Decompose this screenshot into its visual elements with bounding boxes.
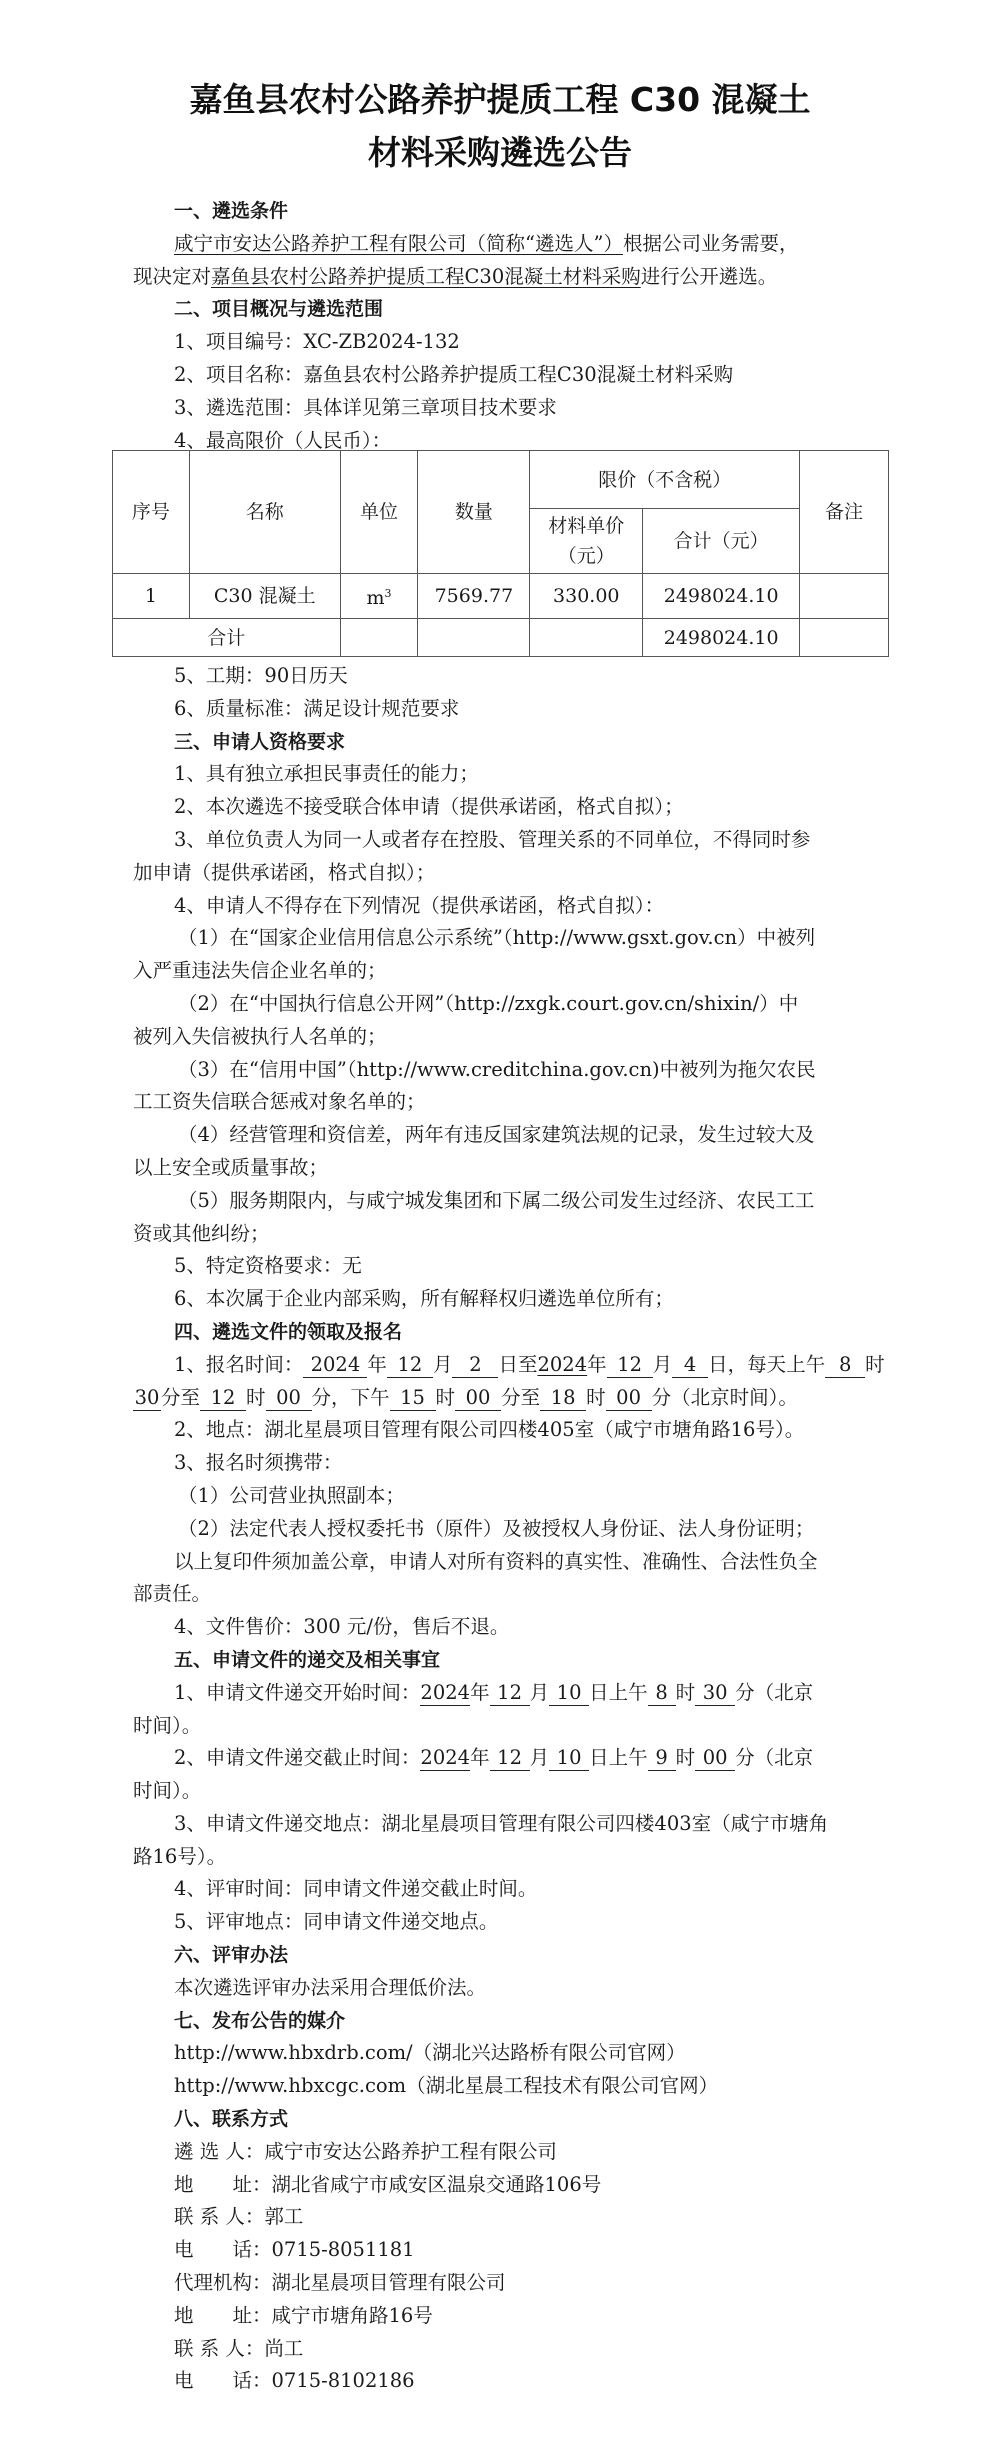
- submission-deadline-line2: 时间）。: [133, 1775, 833, 1808]
- reg-text: 分，下午: [312, 1386, 390, 1409]
- unit-superscript: 3: [385, 587, 392, 600]
- section1-paragraph-line1: 咸宁市安达公路养护工程有限公司（简称“遴选人”）根据公司业务需要，: [133, 228, 833, 261]
- deadline-text: 分（北京: [735, 1746, 813, 1769]
- reg-end-day: 4: [672, 1353, 708, 1378]
- header-unit-price: 材料单价 （元）: [530, 509, 643, 574]
- contact-value: 咸宁市塘角路16号: [272, 2304, 433, 2327]
- deadline-text: 日上午: [589, 1746, 648, 1769]
- reg-text: 时: [436, 1386, 456, 1409]
- reg-pm-end-hour: 18: [540, 1386, 586, 1411]
- submission-start-year: 2024: [420, 1681, 470, 1706]
- contact-label: 地 址：: [174, 2300, 272, 2333]
- reg-am-end-hour: 12: [200, 1386, 246, 1411]
- deadline-text: 时: [676, 1746, 696, 1769]
- section6-heading: 六、评审办法: [133, 1939, 833, 1972]
- contact-label: 地 址：: [174, 2169, 272, 2202]
- exclusion-5-line1: （5）服务期限内，与咸宁城发集团和下属二级公司发生过经济、农民工工: [133, 1185, 833, 1218]
- reg-start-day: 2: [452, 1353, 498, 1378]
- reg-end-month: 12: [607, 1353, 653, 1378]
- submission-deadline-line1: 2、申请文件递交截止时间：2024年12月10日上午9时00分（北京: [133, 1742, 833, 1775]
- reg-text: 月: [433, 1353, 453, 1376]
- media-link-hbxdrb[interactable]: http://www.hbxdrb.com/（湖北兴达路桥有限公司官网）: [133, 2037, 833, 2070]
- unit-text: m: [366, 587, 384, 609]
- cell-remark: [800, 574, 889, 619]
- material-authorization: （2）法定代表人授权委托书（原件）及被授权人身份证、法人身份证明；: [133, 1513, 833, 1546]
- quality-standard: 6、质量标准：满足设计规范要求: [133, 693, 833, 726]
- submission-location-line1: 3、申请文件递交地点：湖北星晨项目管理有限公司四楼403室（咸宁市塘角: [133, 1808, 833, 1841]
- reg-start-month: 12: [387, 1353, 433, 1378]
- submission-start-minute: 30: [695, 1681, 735, 1706]
- reg-am-start-hour: 8: [825, 1353, 865, 1378]
- header-limit-price-group: 限价（不含税）: [530, 451, 800, 509]
- exclusion-1-line2: 入严重违法失信企业名单的；: [133, 955, 833, 988]
- submission-text: 日上午: [589, 1681, 648, 1704]
- reg-am-start-minute: 30: [133, 1386, 161, 1411]
- exclusion-2-line1: （2）在“中国执行信息公开网”（http://zxgk.court.gov.cn…: [133, 988, 833, 1021]
- exclusion-3-line2: 工工资失信联合惩戒对象名单的；: [133, 1086, 833, 1119]
- total-value: 2498024.10: [643, 619, 800, 657]
- total-label: 合计: [113, 619, 341, 657]
- media-link-hbxcgc[interactable]: http://www.hbxcgc.com（湖北星晨工程技术有限公司官网）: [133, 2070, 833, 2103]
- header-unit: 单位: [340, 451, 418, 574]
- contact-value: 湖北星晨项目管理有限公司: [272, 2271, 506, 2294]
- deadline-day: 10: [549, 1746, 589, 1771]
- section1-paragraph-line2: 现决定对嘉鱼县农村公路养护提质工程C30混凝土材料采购进行公开遴选。: [133, 261, 833, 294]
- total-empty-qty: [418, 619, 530, 657]
- contact-agency-address: 地 址：咸宁市塘角路16号: [133, 2300, 833, 2333]
- submission-text: 时: [676, 1681, 696, 1704]
- stamp-note-line1: 以上复印件须加盖公章，申请人对所有资料的真实性、准确性、合法性负全: [133, 1546, 833, 1579]
- reg-end-year: 2024: [537, 1353, 587, 1376]
- submission-start-month: 12: [490, 1681, 530, 1706]
- header-name: 名称: [189, 451, 340, 574]
- exclusion-1-line1: （1）在“国家企业信用信息公示系统”（http://www.gsxt.gov.c…: [133, 922, 833, 955]
- paragraph-text: 现决定对: [133, 265, 211, 288]
- selection-scope: 3、遴选范围：具体详见第三章项目技术要求: [133, 392, 833, 425]
- header-unit-price-line1: 材料单价: [530, 511, 642, 541]
- section5-heading: 五、申请文件的递交及相关事宜: [133, 1644, 833, 1677]
- submission-text: 年: [470, 1681, 490, 1704]
- qualification-item3-line1: 3、单位负责人为同一人或者存在控股、管理关系的不同单位，不得同时参: [133, 824, 833, 857]
- submission-start-hour: 8: [648, 1681, 676, 1706]
- qualification-item5: 5、特定资格要求：无: [133, 1250, 833, 1283]
- registration-time-line1: 1、报名时间：2024年12月2日至2024年12月4日，每天上午8时: [133, 1349, 833, 1382]
- cell-seq: 1: [113, 574, 190, 619]
- reg-am-end-minute: 00: [266, 1386, 312, 1411]
- contact-label: 遴 选 人：: [174, 2136, 264, 2169]
- section1-heading: 一、遴选条件: [133, 195, 833, 228]
- project-name: 2、项目名称：嘉鱼县农村公路养护提质工程C30混凝土材料采购: [133, 359, 833, 392]
- submission-start-line2: 时间）。: [133, 1710, 833, 1743]
- reg-prefix: 1、报名时间：: [174, 1353, 303, 1376]
- submission-location-line2: 路16号）。: [133, 1841, 833, 1874]
- cell-name: C30 混凝土: [189, 574, 340, 619]
- exclusion-4-line1: （4）经营管理和资信差，两年有违反国家建筑法规的记录，发生过较大及: [133, 1119, 833, 1152]
- contact-value: 尚工: [264, 2337, 303, 2360]
- qualification-item4: 4、申请人不得存在下列情况（提供承诺函，格式自拟）：: [133, 890, 833, 923]
- reg-pm-end-minute: 00: [606, 1386, 652, 1411]
- paragraph-text: 进行公开遴选。: [641, 265, 778, 288]
- exclusion-4-line2: 以上安全或质量事故；: [133, 1152, 833, 1185]
- registration-location: 2、地点：湖北星晨项目管理有限公司四楼405室（咸宁市塘角路16号）。: [133, 1414, 833, 1447]
- reg-text: 时: [586, 1386, 606, 1409]
- total-empty-unit: [340, 619, 418, 657]
- contact-value: 0715-8102186: [272, 2369, 415, 2392]
- section7-heading: 七、发布公告的媒介: [133, 2005, 833, 2038]
- header-unit-price-line2: （元）: [530, 541, 642, 571]
- reg-text: 分至: [501, 1386, 540, 1409]
- section2-heading: 二、项目概况与遴选范围: [133, 293, 833, 326]
- header-quantity: 数量: [418, 451, 530, 574]
- contact-label: 电 话：: [174, 2234, 272, 2267]
- table-row: 1 C30 混凝土 m3 7569.77 330.00 2498024.10: [113, 574, 889, 619]
- header-remark: 备注: [800, 451, 889, 574]
- reg-text: 分至: [161, 1386, 200, 1409]
- deadline-minute: 00: [695, 1746, 735, 1771]
- contact-label: 联 系 人：: [174, 2333, 264, 2366]
- contact-value: 湖北省咸宁市咸安区温泉交通路106号: [272, 2173, 602, 2196]
- registration-materials-label: 3、报名时须携带：: [133, 1447, 833, 1480]
- exclusion-2-line2: 被列入失信被执行人名单的；: [133, 1021, 833, 1054]
- price-limit-table: 序号 名称 单位 数量 限价（不含税） 备注 材料单价 （元） 合计（元） 1 …: [112, 450, 889, 657]
- contact-value: 咸宁市安达公路养护工程有限公司: [264, 2140, 557, 2163]
- reg-text: 时: [246, 1386, 266, 1409]
- deadline-text: 月: [530, 1746, 550, 1769]
- header-total: 合计（元）: [643, 509, 800, 574]
- cell-total: 2498024.10: [643, 574, 800, 619]
- contact-value: 0715-8051181: [272, 2238, 415, 2261]
- section-after-table: 5、工期：90日历天 6、质量标准：满足设计规范要求 三、申请人资格要求 1、具…: [133, 660, 833, 2398]
- review-method: 本次遴选评审办法采用合理低价法。: [133, 1972, 833, 2005]
- reg-text: 分（北京时间）。: [652, 1386, 798, 1409]
- contact-label: 联 系 人：: [174, 2201, 264, 2234]
- contact-value: 郭工: [264, 2205, 303, 2228]
- submission-start-line1: 1、申请文件递交开始时间：2024年12月10日上午8时30分（北京: [133, 1677, 833, 1710]
- submission-text: 月: [530, 1681, 550, 1704]
- reg-text: 日至: [498, 1353, 537, 1376]
- section3-heading: 三、申请人资格要求: [133, 726, 833, 759]
- construction-period: 5、工期：90日历天: [133, 660, 833, 693]
- reg-text: 年: [367, 1353, 387, 1376]
- header-seq: 序号: [113, 451, 190, 574]
- section8-heading: 八、联系方式: [133, 2103, 833, 2136]
- deadline-year: 2024: [420, 1746, 470, 1771]
- contact-agency: 代理机构：湖北星晨项目管理有限公司: [133, 2267, 833, 2300]
- paragraph-text: 根据公司业务需要，: [623, 232, 799, 255]
- selector-company-name: 咸宁市安达公路养护工程有限公司（简称“遴选人”）: [174, 232, 623, 255]
- deadline-text: 2、申请文件递交截止时间：: [174, 1746, 420, 1769]
- contact-selector-phone: 电 话：0715-8051181: [133, 2234, 833, 2267]
- project-number: 1、项目编号：XC-ZB2024-132: [133, 326, 833, 359]
- exclusion-5-line2: 资或其他纠纷；: [133, 1218, 833, 1251]
- section-before-table: 一、遴选条件 咸宁市安达公路养护工程有限公司（简称“遴选人”）根据公司业务需要，…: [133, 195, 833, 457]
- total-empty-remark: [800, 619, 889, 657]
- qualification-item2: 2、本次遴选不接受联合体申请（提供承诺函，格式自拟）；: [133, 791, 833, 824]
- exclusion-3-line1: （3）在“信用中国”（http://www.creditchina.gov.cn…: [133, 1054, 833, 1087]
- reg-pm-start-minute: 00: [455, 1386, 501, 1411]
- cell-unit-price: 330.00: [530, 574, 643, 619]
- review-time: 4、评审时间：同申请文件递交截止时间。: [133, 1873, 833, 1906]
- stamp-note-line2: 部责任。: [133, 1578, 833, 1611]
- deadline-month: 12: [490, 1746, 530, 1771]
- project-name-underlined: 嘉鱼县农村公路养护提质工程C30混凝土材料采购: [211, 265, 641, 288]
- contact-label: 代理机构：: [174, 2267, 272, 2300]
- cell-quantity: 7569.77: [418, 574, 530, 619]
- review-location: 5、评审地点：同申请文件递交地点。: [133, 1906, 833, 1939]
- cell-unit: m3: [340, 574, 418, 619]
- document-price: 4、文件售价：300 元/份，售后不退。: [133, 1611, 833, 1644]
- deadline-hour: 9: [648, 1746, 676, 1771]
- contact-agency-person: 联 系 人：尚工: [133, 2333, 833, 2366]
- qualification-item6: 6、本次属于企业内部采购，所有解释权归遴选单位所有；: [133, 1283, 833, 1316]
- reg-start-year: 2024: [303, 1353, 367, 1378]
- reg-pm-start-hour: 15: [390, 1386, 436, 1411]
- table-total-row: 合计 2498024.10: [113, 619, 889, 657]
- registration-time-line2: 30分至12时00分，下午15时00分至18时00分（北京时间）。: [133, 1382, 833, 1415]
- reg-text: 年: [587, 1353, 607, 1376]
- contact-selector: 遴 选 人：咸宁市安达公路养护工程有限公司: [133, 2136, 833, 2169]
- document-title-line1: 嘉鱼县农村公路养护提质工程 C30 混凝土: [0, 75, 1000, 125]
- submission-start-day: 10: [549, 1681, 589, 1706]
- document-title-line2: 材料采购遴选公告: [0, 128, 1000, 178]
- contact-selector-address: 地 址：湖北省咸宁市咸安区温泉交通路106号: [133, 2169, 833, 2202]
- qualification-item3-line2: 加申请（提供承诺函，格式自拟）；: [133, 857, 833, 890]
- reg-text: 日，每天上午: [708, 1353, 825, 1376]
- contact-label: 电 话：: [174, 2365, 272, 2398]
- material-business-license: （1）公司营业执照副本；: [133, 1480, 833, 1513]
- contact-agency-phone: 电 话：0715-8102186: [133, 2365, 833, 2398]
- reg-text: 时: [865, 1353, 885, 1376]
- contact-selector-person: 联 系 人：郭工: [133, 2201, 833, 2234]
- qualification-item1: 1、具有独立承担民事责任的能力；: [133, 758, 833, 791]
- deadline-text: 年: [470, 1746, 490, 1769]
- submission-text: 分（北京: [735, 1681, 813, 1704]
- total-empty-unit-price: [530, 619, 643, 657]
- submission-text: 1、申请文件递交开始时间：: [174, 1681, 420, 1704]
- section4-heading: 四、遴选文件的领取及报名: [133, 1316, 833, 1349]
- reg-text: 月: [653, 1353, 673, 1376]
